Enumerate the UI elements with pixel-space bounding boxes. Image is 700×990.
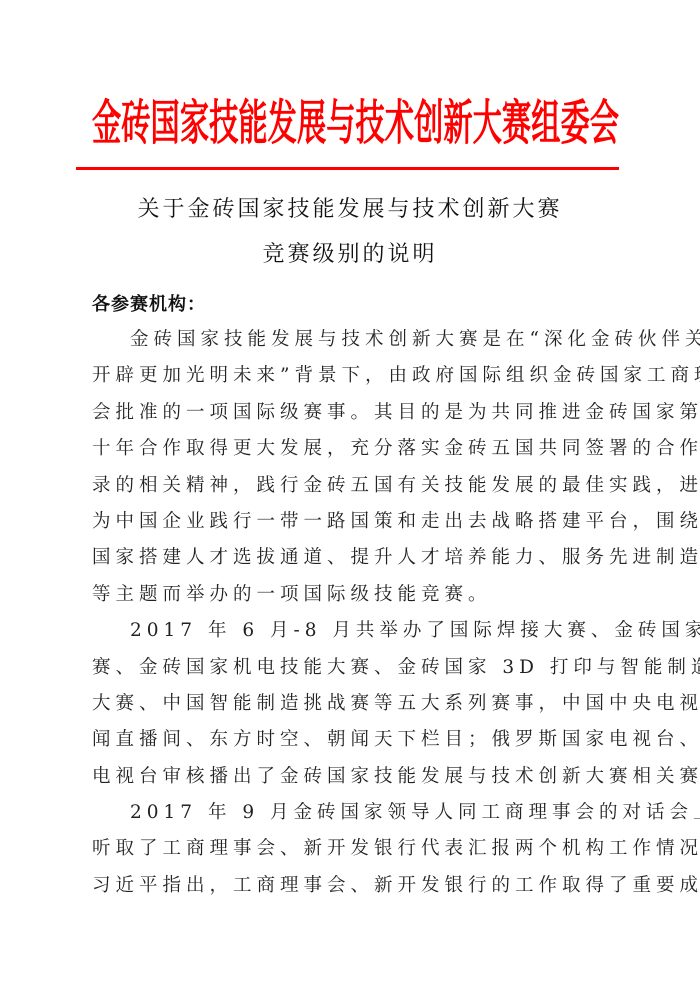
paragraph-2-line: 赛、金砖国家机电技能大赛、金砖国家 3D 打印与智能制造技能	[92, 654, 608, 690]
paragraph-3-line: 听取了工商理事会、新开发银行代表汇报两个机构工作情况后，	[92, 835, 608, 871]
paragraph-2-line: 电视台审核播出了金砖国家技能发展与技术创新大赛相关赛项。	[92, 763, 608, 799]
paragraph-3-line: 习近平指出，工商理事会、新开发银行的工作取得了重要成果。	[92, 872, 608, 908]
document-title-line-1: 关于金砖国家技能发展与技术创新大赛	[0, 192, 700, 223]
organization-name: 金砖国家技能发展与技术创新大赛组委会	[92, 94, 619, 152]
document-body: 金砖国家技能发展与技术创新大赛是在“深化金砖伙伴关系， 开辟更加光明未来”背景下…	[92, 326, 608, 908]
paragraph-1-line: 国家搭建人才选拔通道、提升人才培养能力、服务先进制造领域	[92, 544, 608, 580]
paragraph-1-line: 开辟更加光明未来”背景下，由政府国际组织金砖国家工商理事	[92, 362, 608, 398]
paragraph-3-line: 2017 年 9 月金砖国家领导人同工商理事会的对话会上，在	[92, 799, 608, 835]
paragraph-1-line: 会批准的一项国际级赛事。其目的是为共同推进金砖国家第二个	[92, 399, 608, 435]
paragraph-1-line: 等主题而举办的一项国际级技能竞赛。	[92, 581, 608, 617]
paragraph-1-line: 为中国企业践行一带一路国策和走出去战略搭建平台，围绕金砖	[92, 508, 608, 544]
document-title-line-2: 竞赛级别的说明	[0, 237, 700, 268]
paragraph-1-line: 十年合作取得更大发展，充分落实金砖五国共同签署的合作备忘	[92, 435, 608, 471]
document-page: 金砖国家技能发展与技术创新大赛组委会 关于金砖国家技能发展与技术创新大赛 竞赛级…	[0, 0, 700, 990]
letterhead-divider	[76, 167, 619, 170]
paragraph-2-line: 2017 年 6 月-8 月共举办了国际焊接大赛、金砖国家创客大	[92, 617, 608, 653]
paragraph-2-line: 闻直播间、东方时空、朝闻天下栏目；俄罗斯国家电视台、金砖	[92, 726, 608, 762]
salutation: 各参赛机构：	[92, 290, 206, 316]
paragraph-1-line: 录的相关精神，践行金砖五国有关技能发展的最佳实践，进一步	[92, 472, 608, 508]
paragraph-2-line: 大赛、中国智能制造挑战赛等五大系列赛事，中国中央电视台新	[92, 690, 608, 726]
paragraph-1-line: 金砖国家技能发展与技术创新大赛是在“深化金砖伙伴关系，	[92, 326, 608, 362]
organization-letterhead: 金砖国家技能发展与技术创新大赛组委会	[92, 94, 620, 152]
